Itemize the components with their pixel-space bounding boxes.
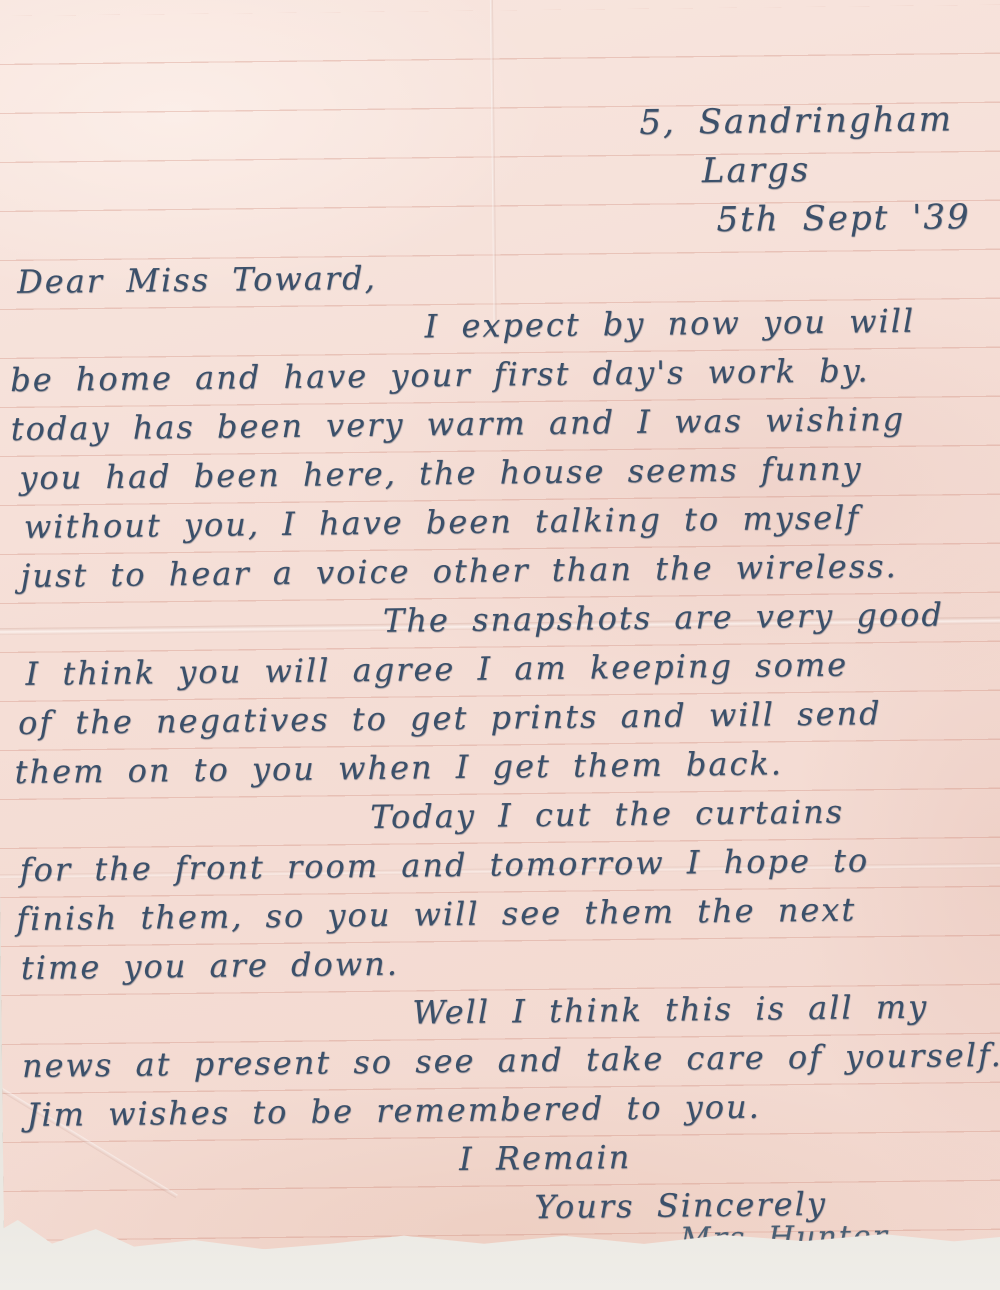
letter-body: Dear Miss Toward, I expect by now you wi…: [9, 247, 992, 1271]
photo-background: 5, Sandringham Largs 5th Sept '39 Dear M…: [0, 0, 1000, 1290]
signature: Mrs Hunter.: [20, 1211, 992, 1271]
letter-paper: 5, Sandringham Largs 5th Sept '39 Dear M…: [0, 0, 1000, 1262]
address-line: Largs: [640, 144, 971, 197]
letter-heading: 5, Sandringham Largs 5th Sept '39: [639, 95, 971, 246]
address-line: 5, Sandringham: [639, 95, 970, 148]
date-line: 5th Sept '39: [640, 193, 971, 246]
